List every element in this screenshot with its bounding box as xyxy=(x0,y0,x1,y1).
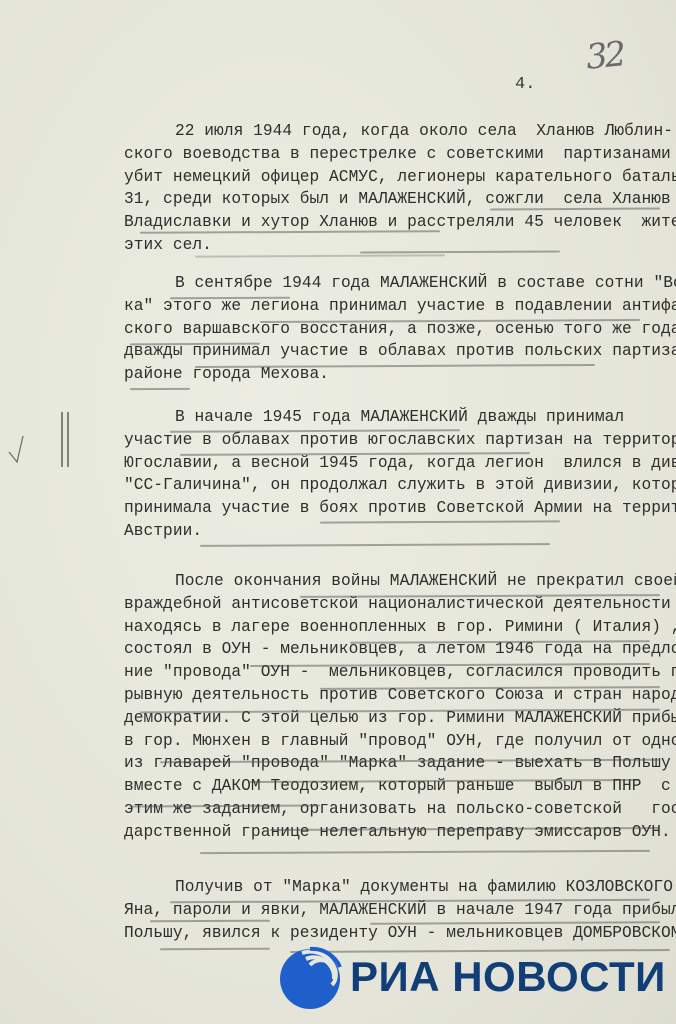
text-line: из главарей "провода" "Марка" задание - … xyxy=(124,752,672,775)
paragraph-5: Получив от "Марка" документы на фамилию … xyxy=(124,876,672,944)
text-line: Польшу, явился к резиденту ОУН - мельник… xyxy=(124,922,672,945)
text-line: принимала участие в боях против Советско… xyxy=(124,497,672,520)
handwritten-folio-number: 32 xyxy=(584,34,625,78)
text-line: В начале 1945 года МАЛАЖЕНСКИЙ дважды пр… xyxy=(124,406,672,429)
margin-double-bar-mark xyxy=(61,412,71,467)
text-line: ского воеводства в перестрелке с советск… xyxy=(124,143,672,166)
text-line: Получив от "Марка" документы на фамилию … xyxy=(124,876,672,899)
watermark-text: РИА НОВОСТИ xyxy=(350,953,666,1001)
text-line: этим же заданием, организовать на польск… xyxy=(124,798,672,821)
ria-novosti-globe-icon xyxy=(276,943,344,1011)
paragraph-4: После окончания войны МАЛАЖЕНСКИЙ не пре… xyxy=(124,570,672,844)
text-line: находясь в лагере военнопленных в гор. Р… xyxy=(124,616,672,639)
text-line: в гор. Мюнхен в главный "провод" ОУН, гд… xyxy=(124,730,672,753)
paragraph-1: 22 июля 1944 года, когда около села Хлан… xyxy=(124,120,672,257)
text-line: убит немецкий офицер АСМУС, легионеры ка… xyxy=(124,166,672,189)
text-line: После окончания войны МАЛАЖЕНСКИЙ не пре… xyxy=(124,570,672,593)
ria-novosti-watermark: РИА НОВОСТИ xyxy=(276,943,666,1011)
text-line: дарственной границе нелегальную переправ… xyxy=(124,821,672,844)
text-line: Австрии. xyxy=(124,520,672,543)
page-number: 4. xyxy=(515,75,535,94)
text-line: 22 июля 1944 года, когда около села Хлан… xyxy=(124,120,672,143)
text-line: этих сел. xyxy=(124,234,672,257)
paragraph-2: В сентябре 1944 года МАЛАЖЕНСКИЙ в соста… xyxy=(124,272,672,386)
text-line: "СС-Галичина", он продолжал служить в эт… xyxy=(124,474,672,497)
checkmark-icon xyxy=(8,432,26,464)
text-line: В сентябре 1944 года МАЛАЖЕНСКИЙ в соста… xyxy=(124,272,672,295)
